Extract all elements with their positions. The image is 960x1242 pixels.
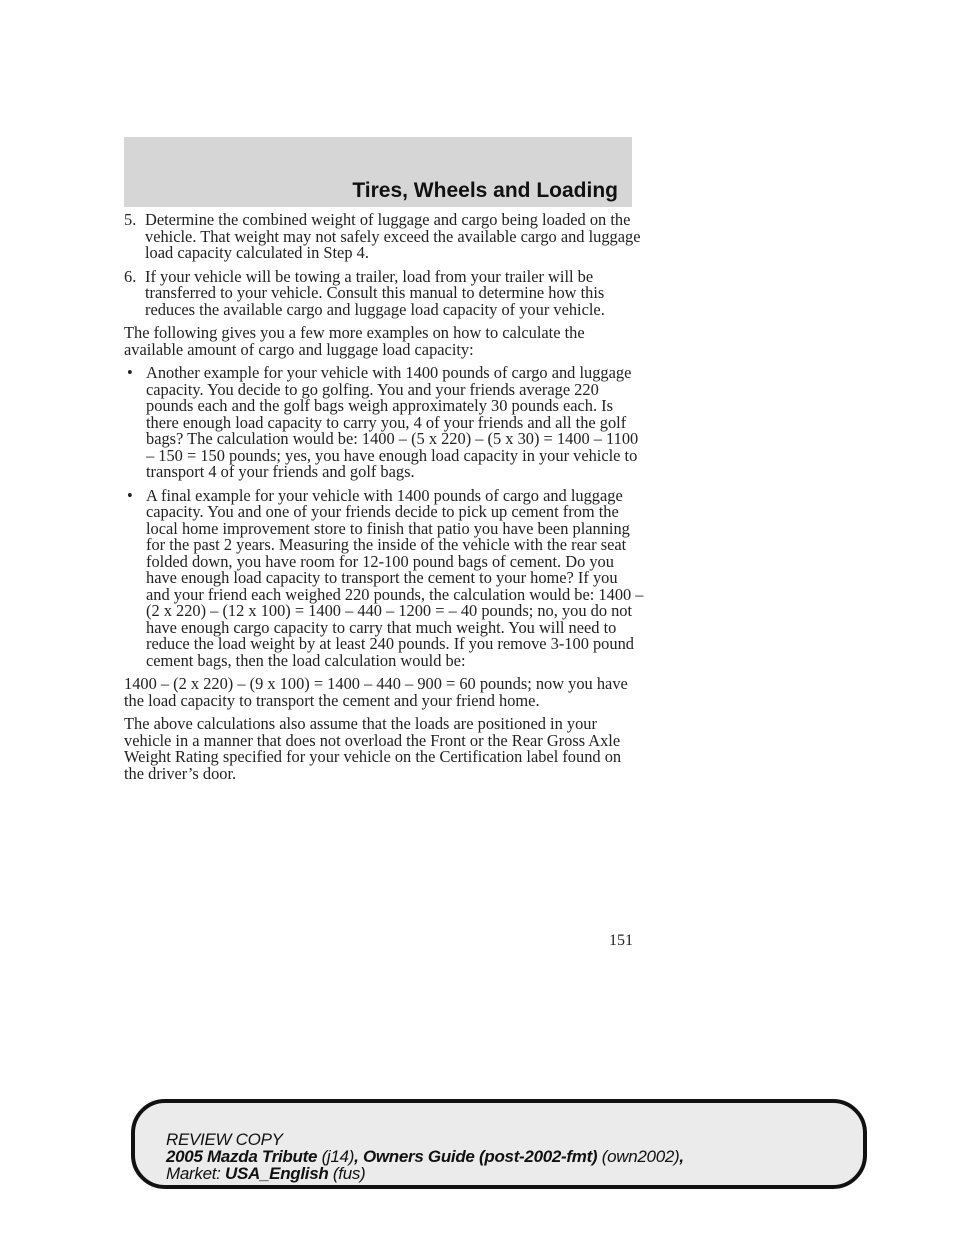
- page-body: 5. Determine the combined weight of lugg…: [124, 212, 644, 789]
- example-text: A final example for your vehicle with 14…: [146, 486, 644, 670]
- market-line: Market: USA_English (fus): [166, 1165, 684, 1182]
- step-number: 5.: [124, 212, 136, 229]
- market-code: (fus): [333, 1164, 366, 1183]
- step-item: 5. Determine the combined weight of lugg…: [124, 212, 644, 262]
- bullet-icon: •: [127, 365, 133, 382]
- intro-paragraph: The following gives you a few more examp…: [124, 325, 644, 358]
- example-text: Another example for your vehicle with 14…: [146, 363, 638, 481]
- guide-name: Owners Guide (post-2002-fmt): [363, 1147, 597, 1166]
- review-copy-label: REVIEW COPY: [166, 1131, 684, 1148]
- market-value: USA_English: [225, 1164, 328, 1183]
- footer-text: REVIEW COPY 2005 Mazda Tribute (j14), Ow…: [166, 1131, 684, 1182]
- guide-code: (own2002): [602, 1147, 680, 1166]
- document-info-line: 2005 Mazda Tribute (j14), Owners Guide (…: [166, 1148, 684, 1165]
- examples-list: • Another example for your vehicle with …: [124, 365, 644, 669]
- step-item: 6. If your vehicle will be towing a trai…: [124, 269, 644, 319]
- example-item: • Another example for your vehicle with …: [124, 365, 644, 481]
- bullet-icon: •: [127, 488, 133, 505]
- calculation-paragraph: 1400 – (2 x 220) – (9 x 100) = 1400 – 44…: [124, 676, 644, 709]
- separator: ,: [679, 1147, 683, 1166]
- step-text: If your vehicle will be towing a trailer…: [145, 267, 605, 319]
- step-number: 6.: [124, 269, 136, 286]
- step-text: Determine the combined weight of luggage…: [145, 210, 640, 262]
- review-copy-footer: REVIEW COPY 2005 Mazda Tribute (j14), Ow…: [131, 1099, 867, 1189]
- example-item: • A final example for your vehicle with …: [124, 488, 644, 670]
- section-header-band: Tires, Wheels and Loading: [124, 137, 632, 207]
- closing-paragraph: The above calculations also assume that …: [124, 716, 644, 782]
- section-title: Tires, Wheels and Loading: [352, 179, 618, 203]
- page-number: 151: [609, 932, 633, 950]
- market-label: Market:: [166, 1164, 221, 1183]
- steps-list: 5. Determine the combined weight of lugg…: [124, 212, 644, 318]
